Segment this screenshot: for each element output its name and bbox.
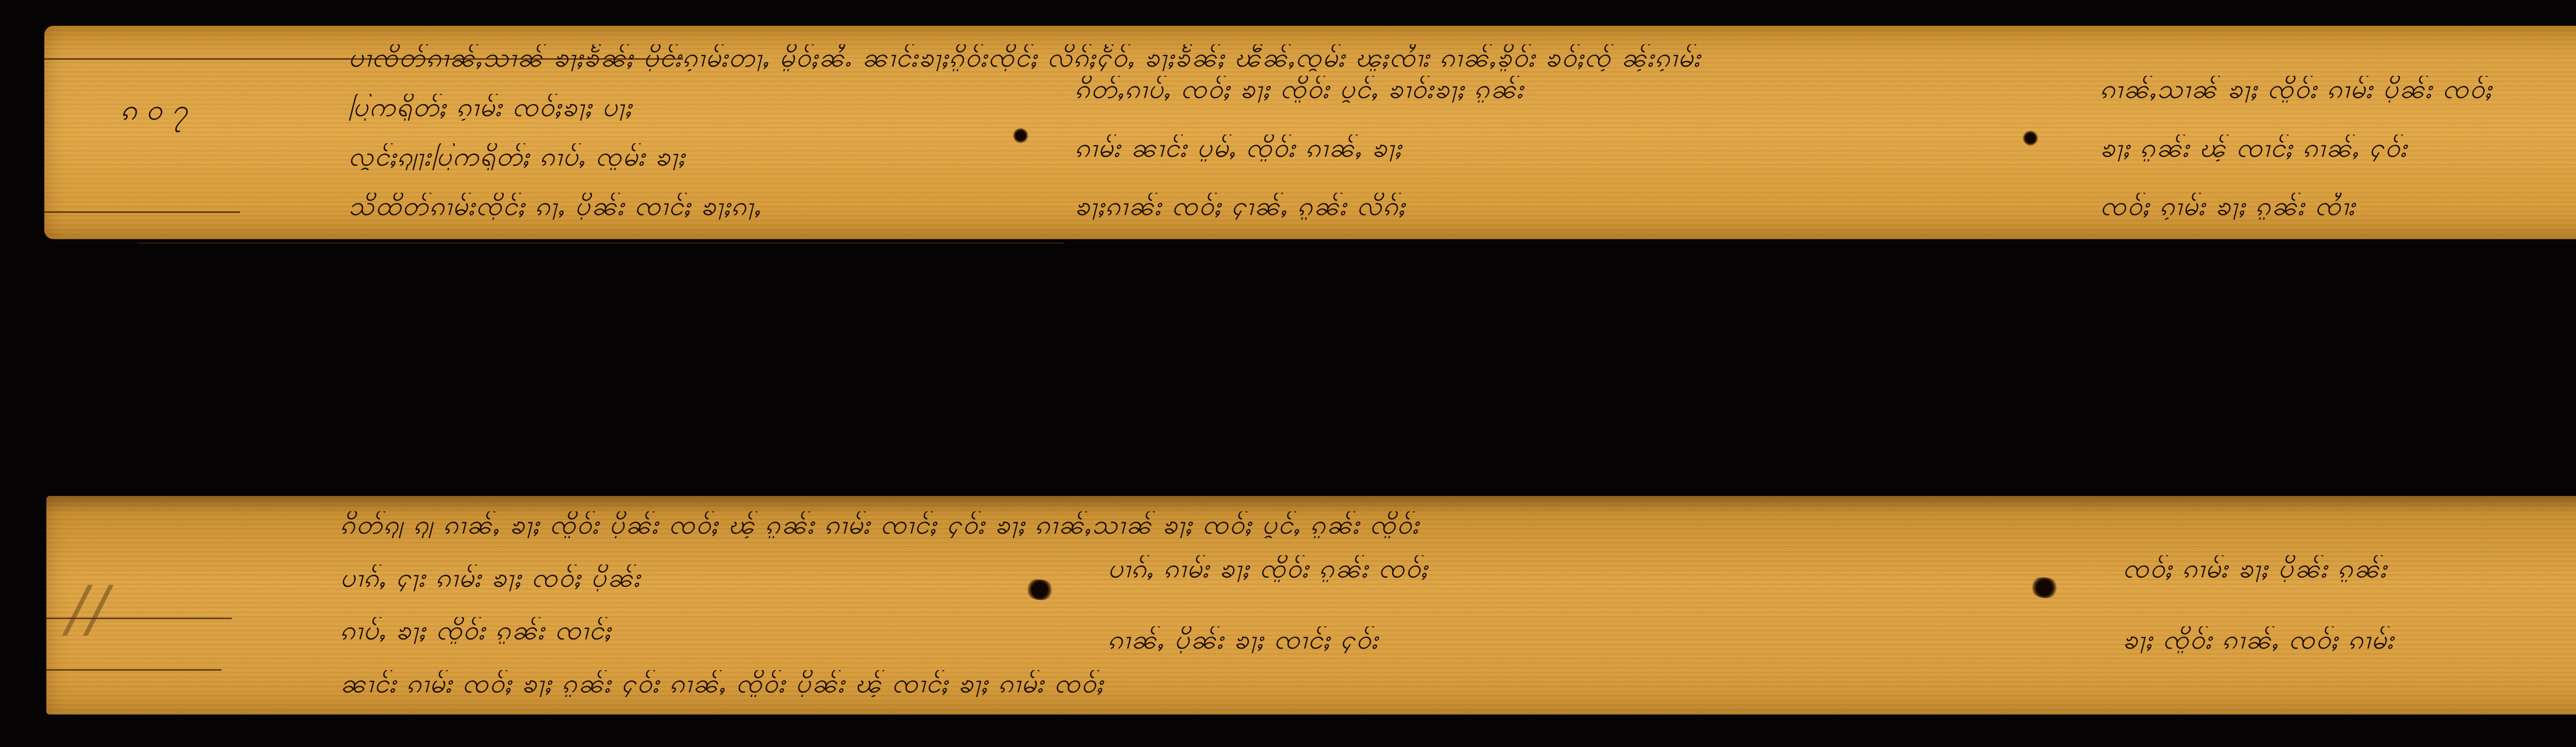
folio-marker: ၵ ဝ ၇ bbox=[121, 92, 188, 134]
palm-leaf-bottom: // ၵိတ်ၵျ ၵျ ၵၢၼ်ႇ ၶႃႈ ၸိူဝ်း ပိုၼ်း ၸဝ်… bbox=[46, 496, 2576, 715]
manuscript-line: ၶႃႈ ၸိူဝ်း ၵၢၼ်ႇ ၸဝ်ႈ ၵၢမ်း bbox=[2123, 626, 2576, 653]
manuscript-line: ၸဝ်ႈ ၵႂၢမ်း ၶႃႈ ၵူၼ်း ၸၢႆး bbox=[2100, 193, 2576, 220]
manuscript-line: ၸဝ်ႈ ၵၢမ်း ၶႃႈ ပိုၼ်း ၵူၼ်း bbox=[2123, 555, 2576, 582]
manuscript-line: ပၢၵ်ႇ ၵၢမ်း ၶႃႈ ၸိူဝ်း ၵူၼ်း ၸဝ်ႈ bbox=[1108, 555, 1932, 582]
manuscript-line: ၵၢၼ်ႇသၢၼ် ၶႃႈ ၸိူဝ်း ၵၢမ်း ပိုၼ်း ၸဝ်ႈ bbox=[2100, 76, 2576, 103]
ruling-line bbox=[44, 211, 240, 213]
manuscript-line: ၵၢမ်း ၼၢင်း ပူမ်ႇ ၸိူဝ်း ၵၢၼ်ႇ ၶႃႈ bbox=[1075, 135, 1951, 161]
manuscript-line: ၶႃႈၵၢၼ်း ၸဝ်ႈ ႁၢၼ်ႇ ၵူၼ်း လိၵ်ႈ bbox=[1075, 193, 1951, 220]
manuscript-line: ၶႃႈ ၵူၼ်း ၽႂ် ၸၢင်ႈ ၵၢၼ်ႇ ႁဝ်း bbox=[2100, 135, 2576, 161]
manuscript-line: လွင်ႈၵျႃးပြကၡိတ်ႈ ၵၢပ်ႇ ၸူမ်း ၶႃႈ bbox=[348, 143, 987, 170]
text-block-right: ၵၢၼ်ႇသၢၼ် ၶႃႈ ၸိူဝ်း ၵၢမ်း ပိုၼ်း ၸဝ်ႈ ၶ… bbox=[2100, 44, 2576, 220]
text-block-middle: ၵိတ်ႇၵၢပ်ႇ ၸဝ်ႈ ၶႃႈ ၸိူဝ်း ပွင်ႇ ၶၢဝ်းၶႃ… bbox=[1075, 44, 1951, 220]
manuscript-line: ၵိတ်ႇၵၢပ်ႇ ၸဝ်ႈ ၶႃႈ ၸိူဝ်း ပွင်ႇ ၶၢဝ်းၶႃ… bbox=[1075, 76, 1951, 103]
pencil-annotation: // bbox=[67, 573, 109, 645]
manuscript-line: ပြကၡိတ်ႈ ၵႂၢမ်း ၸဝ်ႈၶႃႈ ပႃႈ bbox=[348, 94, 987, 121]
text-block-middle: ပၢၵ်ႇ ၵၢမ်း ၶႃႈ ၸိူဝ်း ၵူၼ်း ၸဝ်ႈ ၵၢၼ်ႇ … bbox=[1108, 511, 1932, 697]
manuscript-line: ၵၢၼ်ႇ ပိုၼ်း ၶႃႈ ၸၢင်ႈ ႁဝ်း bbox=[1108, 626, 1932, 653]
palm-leaf-top: ၵ ဝ ၇ ပၢၸိတ်ၵၢၼ်ႇသၢၼ် ၶႃႈၶႅၼ်ႈ ပိုင်းၵႂၢ… bbox=[44, 26, 2576, 239]
manuscript-line: ပၢၵ်ႇ ႁႃး ၵၢမ်း ၶႃႈ ၸဝ်ႈ ပိုၼ်း bbox=[340, 565, 969, 591]
manuscript-line: ၵၢပ်ႇ ၶႃႈ ၸိူဝ်း ၵူၼ်း ၸၢင်ႈ bbox=[340, 617, 969, 644]
ruling-line bbox=[137, 242, 1064, 244]
text-block-right: ၸဝ်ႈ ၵၢမ်း ၶႃႈ ပိုၼ်း ၵူၼ်း ၶႃႈ ၸိူဝ်း ၵ… bbox=[2123, 511, 2576, 697]
ruling-line bbox=[46, 669, 222, 671]
